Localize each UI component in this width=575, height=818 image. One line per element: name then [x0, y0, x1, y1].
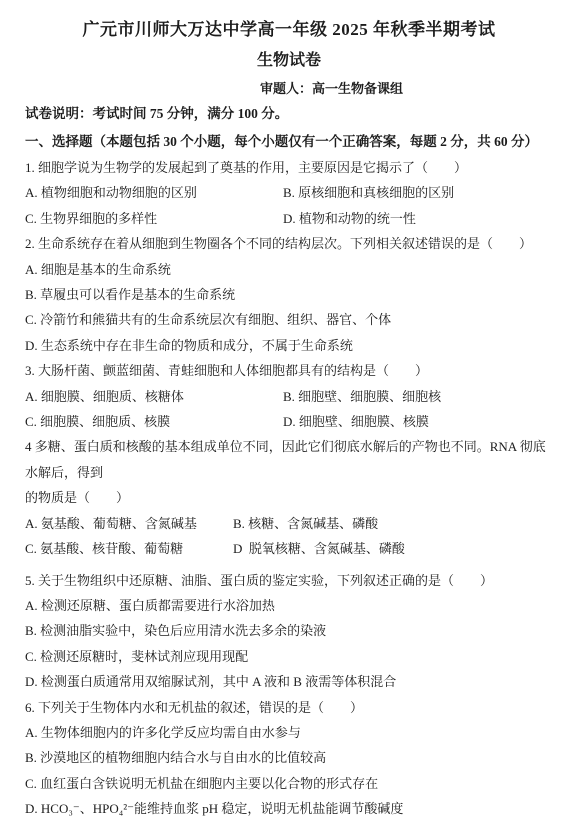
question-list: 1. 细胞学说为生物学的发展起到了奠基的作用，主要原因是它揭示了（ ）A. 植物… [25, 155, 553, 818]
option-C: C. 生物界细胞的多样性 [25, 206, 283, 231]
question-stem: 4 多糖、蛋白质和核酸的基本组成单位不同，因此它们彻底水解后的产物也不同。RNA… [25, 434, 553, 485]
page-title: 广元市川师大万达中学高一年级 2025 年秋季半期考试 [25, 16, 553, 43]
option-A: A. 检测还原糖、蛋白质都需要进行水浴加热 [25, 593, 553, 618]
option-B: B. 检测油脂实验中，染色后应用清水洗去多余的染液 [25, 618, 553, 643]
option-D: D. 细胞壁、细胞膜、核膜 [283, 409, 429, 434]
option-A: A. 细胞是基本的生命系统 [25, 257, 553, 282]
question-2: 2. 生命系统存在着从细胞到生物圈各个不同的结构层次。下列相关叙述错误的是（ ）… [25, 231, 553, 358]
option-row: C. 生物界细胞的多样性D. 植物和动物的统一性 [25, 206, 553, 231]
option-B: B. 原核细胞和真核细胞的区别 [283, 180, 454, 205]
question-4: 4 多糖、蛋白质和核酸的基本组成单位不同，因此它们彻底水解后的产物也不同。RNA… [25, 434, 553, 561]
option-B: B. 细胞壁、细胞膜、细胞核 [283, 384, 441, 409]
question-stem: 6. 下列关于生物体内水和无机盐的叙述，错误的是（ ） [25, 695, 553, 720]
question-stem: 的物质是（ ） [25, 485, 553, 510]
question-1: 1. 细胞学说为生物学的发展起到了奠基的作用，主要原因是它揭示了（ ）A. 植物… [25, 155, 553, 231]
option-C: C. 检测还原糖时，斐林试剂应现用现配 [25, 644, 553, 669]
question-stem: 5. 关于生物组织中还原糖、油脂、蛋白质的鉴定实验，下列叙述正确的是（ ） [25, 568, 553, 593]
option-C: C. 冷箭竹和熊猫共有的生命系统层次有细胞、组织、器官、个体 [25, 307, 553, 332]
question-stem: 2. 生命系统存在着从细胞到生物圈各个不同的结构层次。下列相关叙述错误的是（ ） [25, 231, 553, 256]
exam-instructions: 试卷说明：考试时间 75 分钟，满分 100 分。 [25, 101, 553, 126]
option-A: A. 植物细胞和动物细胞的区别 [25, 180, 283, 205]
option-B: B. 核糖、含氮碱基、磷酸 [233, 511, 378, 536]
paper-subtitle: 生物试卷 [25, 48, 553, 74]
question-5: 5. 关于生物组织中还原糖、油脂、蛋白质的鉴定实验，下列叙述正确的是（ ）A. … [25, 568, 553, 695]
question-3: 3. 大肠杆菌、颤蓝细菌、青蛙细胞和人体细胞都具有的结构是（ ）A. 细胞膜、细… [25, 358, 553, 434]
option-C: C. 细胞膜、细胞质、核膜 [25, 409, 283, 434]
option-row: C. 细胞膜、细胞质、核膜D. 细胞壁、细胞膜、核膜 [25, 409, 553, 434]
option-D: D. 检测蛋白质通常用双缩脲试剂，其中 A 液和 B 液需等体积混合 [25, 669, 553, 694]
option-row: C. 氨基酸、核苷酸、葡萄糖D 脱氧核糖、含氮碱基、磷酸 [25, 536, 553, 561]
section-heading: 一、选择题（本题包括 30 个小题，每个小题仅有一个正确答案，每题 2 分，共 … [25, 128, 553, 155]
question-stem: 3. 大肠杆菌、颤蓝细菌、青蛙细胞和人体细胞都具有的结构是（ ） [25, 358, 553, 383]
option-D: D. HCO₃⁻、HPO₄²⁻能维持血浆 pH 稳定，说明无机盐能调节酸碱度 [25, 796, 553, 818]
option-D: D. 生态系统中存在非生命的物质和成分，不属于生命系统 [25, 333, 553, 358]
exam-paper-page: 广元市川师大万达中学高一年级 2025 年秋季半期考试 生物试卷 审题人：高一生… [0, 0, 575, 818]
reviewer-line: 审题人：高一生物备课组 [25, 77, 553, 100]
option-row: A. 细胞膜、细胞质、核糖体B. 细胞壁、细胞膜、细胞核 [25, 384, 553, 409]
question-stem: 1. 细胞学说为生物学的发展起到了奠基的作用，主要原因是它揭示了（ ） [25, 155, 553, 180]
option-A: A. 生物体细胞内的许多化学反应均需自由水参与 [25, 720, 553, 745]
option-A: A. 氨基酸、葡萄糖、含氮碱基 [25, 511, 233, 536]
option-C: C. 氨基酸、核苷酸、葡萄糖 [25, 536, 233, 561]
option-C: C. 血红蛋白含铁说明无机盐在细胞内主要以化合物的形式存在 [25, 771, 553, 796]
option-A: A. 细胞膜、细胞质、核糖体 [25, 384, 283, 409]
option-D: D. 植物和动物的统一性 [283, 206, 416, 231]
option-D: D 脱氧核糖、含氮碱基、磷酸 [233, 536, 405, 561]
option-row: A. 植物细胞和动物细胞的区别B. 原核细胞和真核细胞的区别 [25, 180, 553, 205]
option-B: B. 草履虫可以看作是基本的生命系统 [25, 282, 553, 307]
option-B: B. 沙漠地区的植物细胞内结合水与自由水的比值较高 [25, 745, 553, 770]
option-row: A. 氨基酸、葡萄糖、含氮碱基B. 核糖、含氮碱基、磷酸 [25, 511, 553, 536]
question-6: 6. 下列关于生物体内水和无机盐的叙述，错误的是（ ）A. 生物体细胞内的许多化… [25, 695, 553, 818]
